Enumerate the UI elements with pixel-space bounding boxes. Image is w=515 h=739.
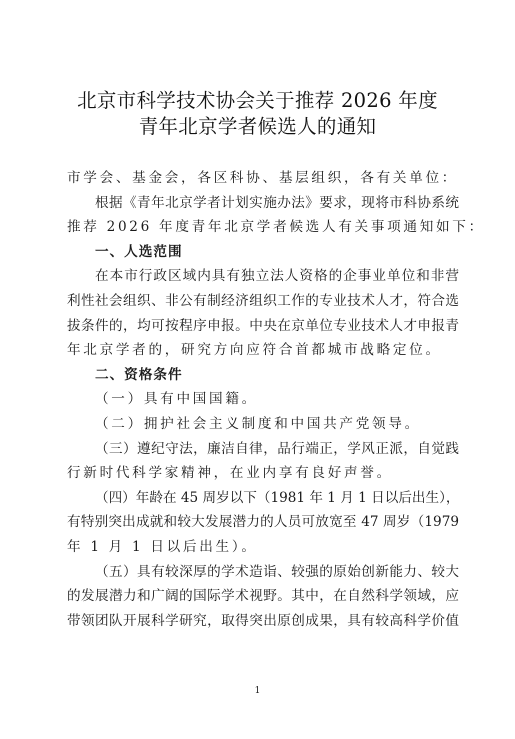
paragraph-line: 行新时代科学家精神，在业内享有良好声誉。 bbox=[67, 461, 459, 486]
intro-line: 推荐 2026 年度青年北京学者候选人有关事项通知如下： bbox=[67, 215, 459, 240]
paragraph-line: 在本市行政区域内具有独立法人资格的企事业单位和非营 bbox=[67, 264, 459, 289]
paragraph-line: 有特别突出成就和较大发展潜力的人员可放宽至 47 周岁（1979 bbox=[67, 510, 459, 535]
paragraph-line: （一）具有中国国籍。 bbox=[67, 387, 459, 412]
paragraph-line: （四）年龄在 45 周岁以下（1981 年 1 月 1 日以后出生）， bbox=[67, 486, 459, 511]
section-heading: 二、资格条件 bbox=[67, 363, 459, 388]
paragraph-line: 利性社会组织、非公有制经济组织工作的专业技术人才，符合选 bbox=[67, 289, 459, 314]
paragraph-line: （五）具有较深厚的学术造诣、较强的原始创新能力、较大 bbox=[67, 560, 459, 585]
title-line-2: 青年北京学者候选人的通知 bbox=[0, 114, 515, 140]
salutation: 市学会、基金会，各区科协、基层组织，各有关单位： bbox=[67, 166, 459, 191]
paragraph-line: 的发展潜力和广阔的国际学术视野。其中，在自然科学领域，应 bbox=[67, 584, 459, 609]
document-title: 北京市科学技术协会关于推荐 2026 年度 青年北京学者候选人的通知 bbox=[0, 88, 515, 140]
document-page: 北京市科学技术协会关于推荐 2026 年度 青年北京学者候选人的通知 市学会、基… bbox=[0, 0, 515, 739]
paragraph-line: 年北京学者的，研究方向应符合首都城市战略定位。 bbox=[67, 338, 459, 363]
paragraph-line: 拔条件的，均可按程序申报。中央在京单位专业技术人才申报青 bbox=[67, 314, 459, 339]
paragraph-line: 带领团队开展科学研究，取得突出原创成果，具有较高科学价值 bbox=[67, 609, 459, 634]
intro-line: 根据《青年北京学者计划实施办法》要求，现将市科协系统 bbox=[67, 191, 459, 216]
title-line-1: 北京市科学技术协会关于推荐 2026 年度 bbox=[0, 88, 515, 114]
section-heading: 一、人选范围 bbox=[67, 240, 459, 265]
page-number: 1 bbox=[0, 686, 515, 696]
paragraph-line: 年 1 月 1 日以后出生）。 bbox=[67, 535, 459, 560]
paragraph-line: （二）拥护社会主义制度和中国共产党领导。 bbox=[67, 412, 459, 437]
paragraph-line: （三）遵纪守法，廉洁自律，品行端正，学风正派，自觉践 bbox=[67, 437, 459, 462]
document-body: 市学会、基金会，各区科协、基层组织，各有关单位： 根据《青年北京学者计划实施办法… bbox=[67, 166, 459, 633]
